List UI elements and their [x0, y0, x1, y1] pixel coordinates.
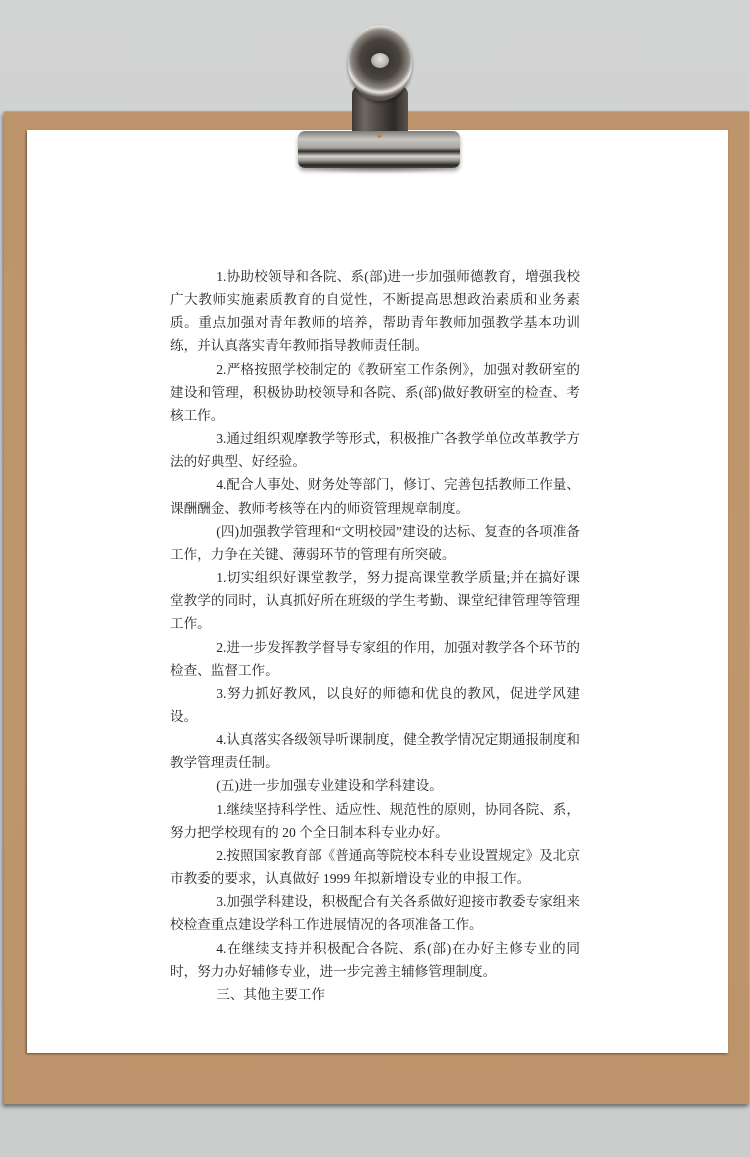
section-heading-5: (五)进一步加强专业建设和学科建设。 — [170, 774, 580, 797]
paragraph-4: 4.配合人事处、财务处等部门，修订、完善包括教师工作量、课酬酬金、教师考核等在内… — [170, 473, 580, 519]
document-body: 1.协助校领导和各院、系(部)进一步加强师德教育，增强我校广大教师实施素质教育的… — [170, 265, 580, 1006]
paragraph-11: 3.加强学科建设，积极配合有关各系做好迎接市教委专家组来校检查重点建设学科工作进… — [170, 890, 580, 936]
binder-clip-icon — [280, 20, 480, 180]
clip-rivet — [377, 133, 382, 138]
paragraph-2: 2.严格按照学校制定的《教研室工作条例》，加强对教研室的建设和管理，积极协助校领… — [170, 358, 580, 427]
section-heading-4: (四)加强教学管理和“文明校园”建设的达标、复查的各项准备工作，力争在关键、薄弱… — [170, 520, 580, 566]
paragraph-5: 1.切实组织好课堂教学，努力提高课堂教学质量;并在搞好课堂教学的同时，认真抓好所… — [170, 566, 580, 635]
paragraph-8: 4.认真落实各级领导听课制度，健全教学情况定期通报制度和教学管理责任制。 — [170, 728, 580, 774]
paragraph-1: 1.协助校领导和各院、系(部)进一步加强师德教育，增强我校广大教师实施素质教育的… — [170, 265, 580, 358]
clip-hole — [371, 53, 389, 68]
paragraph-9: 1.继续坚持科学性、适应性、规范性的原则，协同各院、系，努力把学校现有的 20 … — [170, 798, 580, 844]
paragraph-7: 3.努力抓好教风，以良好的师德和优良的教风，促进学风建设。 — [170, 682, 580, 728]
paragraph-10: 2.按照国家教育部《普通高等院校本科专业设置规定》及北京市教委的要求，认真做好 … — [170, 844, 580, 890]
paragraph-3: 3.通过组织观摩教学等形式，积极推广各教学单位改革教学方法的好典型、好经验。 — [170, 427, 580, 473]
section-heading-3: 三、其他主要工作 — [170, 983, 580, 1006]
paragraph-12: 4.在继续支持并积极配合各院、系(部)在办好主修专业的同时，努力办好辅修专业，进… — [170, 937, 580, 983]
paragraph-6: 2.进一步发挥教学督导专家组的作用，加强对教学各个环节的检查、监督工作。 — [170, 636, 580, 682]
